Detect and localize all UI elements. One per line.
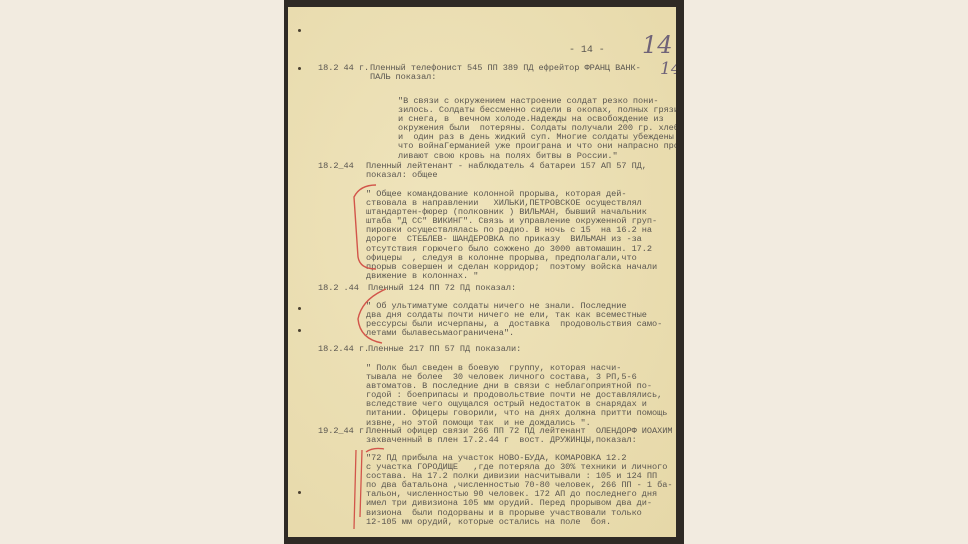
red-margin-marks [288,7,676,537]
document-page: - 14 - 14 14 18.2 44 г. Пленный телефони… [288,7,676,537]
red-bracket-entry-2 [354,185,376,269]
red-bracket-entry-3 [358,289,386,343]
red-line-entry-5 [354,448,384,529]
document-frame: - 14 - 14 14 18.2 44 г. Пленный телефони… [284,0,684,544]
